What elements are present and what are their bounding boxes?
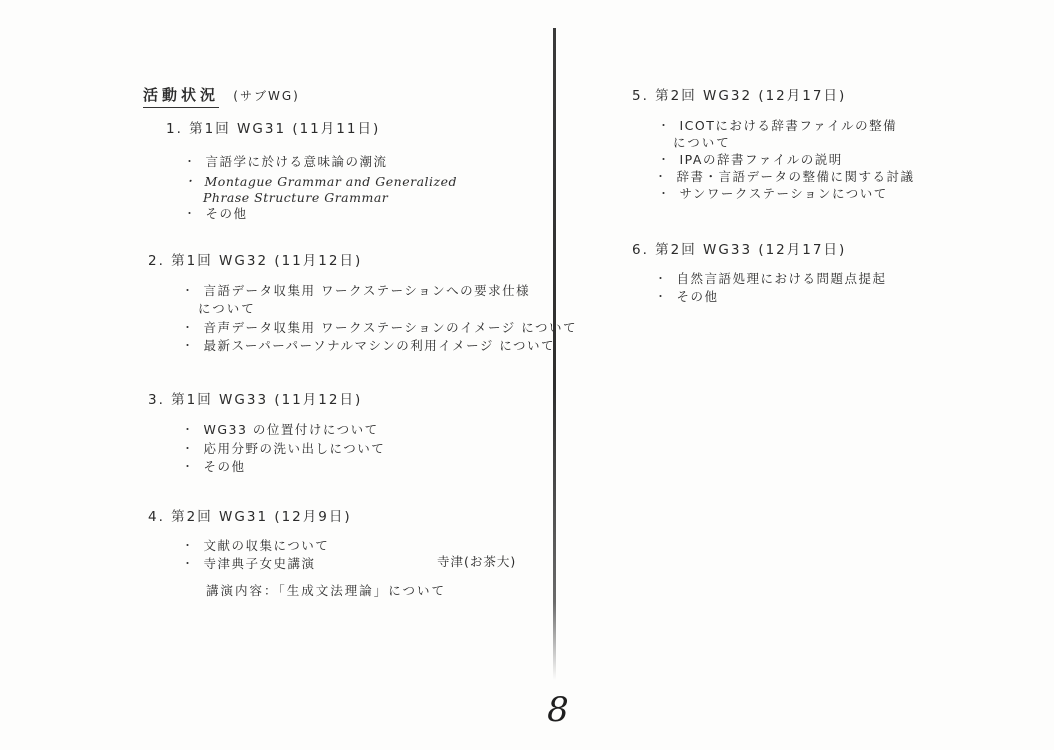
bullet-line: ・文献の収集について xyxy=(182,536,329,554)
bullet-icon: ・ xyxy=(184,153,197,169)
bullet-text: 自然言語処理における問題点提起 xyxy=(677,271,887,286)
bullet-line: ・サンワークステーションについて xyxy=(658,184,888,202)
bullet-icon: ・ xyxy=(658,185,671,201)
bullet-icon: ・ xyxy=(655,270,668,286)
bullet-line: ・Montague Grammar and Generalized xyxy=(184,173,457,189)
bullet-line: ・寺津典子女史講演 xyxy=(182,554,316,572)
bullet-text: 言語データ収集用 ワークステーションへの要求仕様 xyxy=(204,283,531,298)
bullet-text: 最新スーパーパーソナルマシンの利用イメージ について xyxy=(204,338,556,353)
bullet-text: WG33 の位置付けについて xyxy=(204,422,379,437)
bullet-line: ・辞書・言語データの整備に関する討議 xyxy=(655,167,915,185)
heading-suffix: (サブWG) xyxy=(233,89,300,103)
bullet-text: ICOTにおける辞書ファイルの整備 xyxy=(680,118,898,133)
lecture-content-note: 講演内容：「生成文法理論」について xyxy=(206,581,446,599)
bullet-line: ・その他 xyxy=(184,204,248,222)
bullet-line: ・その他 xyxy=(655,287,719,305)
bullet-continuation: Phrase Structure Grammar xyxy=(203,190,388,205)
bullet-icon: ・ xyxy=(182,337,195,353)
bullet-icon: ・ xyxy=(182,458,195,474)
page-number: 8 xyxy=(538,690,578,730)
bullet-line: ・音声データ収集用 ワークステーションのイメージ について xyxy=(182,318,577,336)
bullet-text: その他 xyxy=(204,459,246,474)
bullet-text: Montague Grammar and Generalized xyxy=(205,174,458,189)
bullet-text: 寺津典子女史講演 xyxy=(204,556,316,571)
bullet-line: ・WG33 の位置付けについて xyxy=(182,420,379,438)
section-4-title: 4. 第2回 WG31 (12月9日) xyxy=(148,505,352,525)
bullet-icon: ・ xyxy=(182,555,195,571)
page-fold-divider xyxy=(553,28,556,680)
bullet-text: 言語学に於ける意味論の潮流 xyxy=(206,154,388,169)
bullet-text: 辞書・言語データの整備に関する討議 xyxy=(677,169,915,184)
bullet-line: ・言語データ収集用 ワークステーションへの要求仕様 xyxy=(182,281,530,299)
bullet-icon: ・ xyxy=(182,440,195,456)
bullet-text: 音声データ収集用 ワークステーションのイメージ について xyxy=(204,320,577,335)
bullet-text: その他 xyxy=(206,206,248,221)
bullet-line: ・最新スーパーパーソナルマシンの利用イメージ について xyxy=(182,336,555,354)
document-heading: 活動状況 (サブWG) xyxy=(143,84,300,105)
bullet-line: ・その他 xyxy=(182,457,246,475)
bullet-icon: ・ xyxy=(658,151,671,167)
bullet-text: 文献の収集について xyxy=(204,538,330,553)
bullet-icon: ・ xyxy=(182,282,195,298)
section-6-title: 6. 第2回 WG33 (12月17日) xyxy=(632,238,846,258)
bullet-icon: ・ xyxy=(184,173,196,189)
bullet-icon: ・ xyxy=(655,288,668,304)
bullet-text: IPAの辞書ファイルの説明 xyxy=(680,152,843,167)
bullet-icon: ・ xyxy=(658,117,671,133)
bullet-text: その他 xyxy=(677,289,719,304)
bullet-text: サンワークステーションについて xyxy=(680,186,888,201)
bullet-icon: ・ xyxy=(182,537,195,553)
scanned-document-page: 活動状況 (サブWG) 1. 第1回 WG31 (11月11日) ・言語学に於け… xyxy=(0,0,1054,750)
bullet-icon: ・ xyxy=(184,205,197,221)
speaker-affiliation-note: 寺津(お茶大) xyxy=(437,552,516,570)
bullet-line: ・IPAの辞書ファイルの説明 xyxy=(658,150,843,168)
section-3-title: 3. 第1回 WG33 (11月12日) xyxy=(148,388,362,408)
bullet-icon: ・ xyxy=(655,168,668,184)
section-1-title: 1. 第1回 WG31 (11月11日) xyxy=(166,117,380,137)
bullet-icon: ・ xyxy=(182,421,195,437)
bullet-line: ・ICOTにおける辞書ファイルの整備 xyxy=(658,116,897,134)
heading-title: 活動状況 xyxy=(143,86,219,108)
section-2-title: 2. 第1回 WG32 (11月12日) xyxy=(148,249,362,269)
bullet-line: ・自然言語処理における問題点提起 xyxy=(655,269,887,287)
bullet-line: ・応用分野の洗い出しについて xyxy=(182,439,385,457)
bullet-continuation: について xyxy=(198,299,256,317)
bullet-icon: ・ xyxy=(182,319,195,335)
bullet-line: ・言語学に於ける意味論の潮流 xyxy=(184,152,388,170)
bullet-continuation: について xyxy=(673,133,731,151)
bullet-text: 応用分野の洗い出しについて xyxy=(204,441,386,456)
section-5-title: 5. 第2回 WG32 (12月17日) xyxy=(632,84,846,104)
